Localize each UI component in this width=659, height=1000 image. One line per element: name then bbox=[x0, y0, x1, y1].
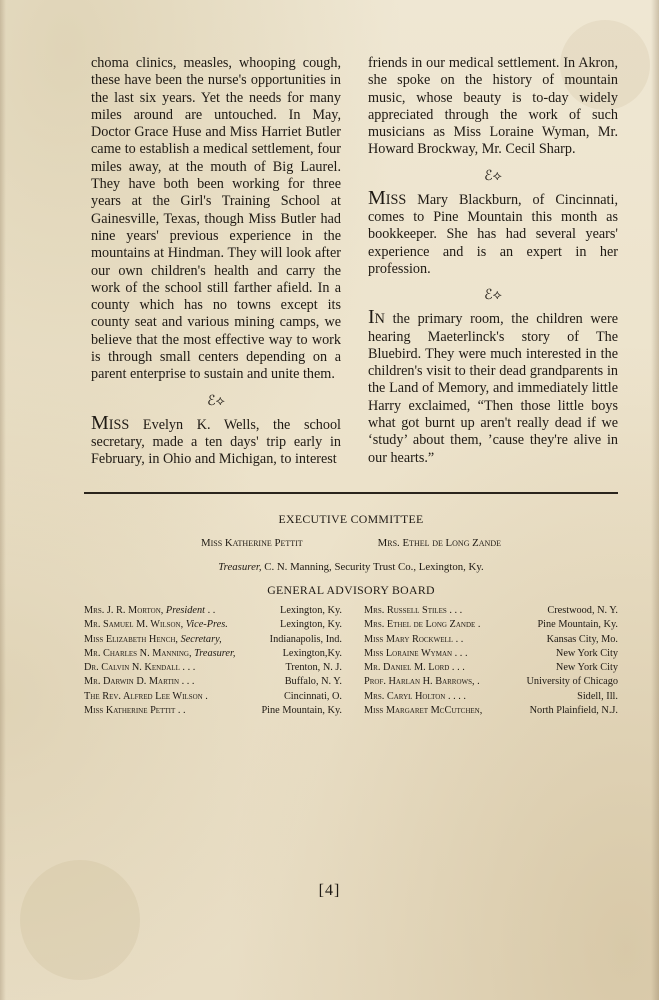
member-role: Treasurer, bbox=[194, 648, 235, 659]
document-page: choma clinics, measles, whooping cough, … bbox=[0, 0, 659, 1000]
member-name: Mrs. Caryl Holton bbox=[364, 691, 445, 702]
right-paragraph-primary-room: IN the primary room, the children were h… bbox=[368, 309, 618, 467]
member-name: Prof. Harlan H. Barrows, bbox=[364, 676, 475, 687]
ornament-icon: ℰ⟡ bbox=[91, 393, 341, 411]
executive-committee-heading: EXECUTIVE COMMITTEE bbox=[84, 512, 618, 527]
member-role: Vice-Pres. bbox=[186, 619, 228, 630]
board-member-row: Miss Margaret McCutchen,North Plainfield… bbox=[364, 704, 618, 718]
horizontal-divider bbox=[84, 492, 618, 494]
advisory-board-heading: GENERAL ADVISORY BOARD bbox=[84, 583, 618, 598]
member-location: New York City bbox=[556, 647, 618, 661]
member-location: New York City bbox=[556, 661, 618, 675]
member-location: Trenton, N. J. bbox=[285, 661, 342, 675]
board-member-row: Mr. Darwin D. Martin . . .Buffalo, N. Y. bbox=[84, 675, 342, 689]
member-name: Mrs. Ethel de Long Zande bbox=[364, 619, 475, 630]
member-name: Mr. Darwin D. Martin bbox=[84, 676, 179, 687]
board-member-row: Miss Loraine Wyman . . .New York City bbox=[364, 647, 618, 661]
ornament-icon: ℰ⟡ bbox=[368, 287, 618, 305]
member-location: University of Chicago bbox=[526, 675, 618, 689]
page-number: [4] bbox=[0, 882, 659, 900]
board-member-row: Miss Elizabeth Hench, Secretary,Indianap… bbox=[84, 633, 342, 647]
member-name: Mr. Charles N. Manning, bbox=[84, 648, 192, 659]
small-caps-lead: ISS bbox=[109, 417, 130, 433]
member-location: Kansas City, Mo. bbox=[547, 633, 618, 647]
member-location: Cincinnati, O. bbox=[284, 690, 342, 704]
member-role: President bbox=[166, 605, 205, 616]
board-member-row: Miss Katherine Pettit . .Pine Mountain, … bbox=[84, 704, 342, 718]
leader-dots: . . bbox=[175, 705, 185, 716]
member-location: North Plainfield, N.J. bbox=[530, 704, 618, 718]
treasurer-line: Treasurer, C. N. Manning, Security Trust… bbox=[84, 561, 618, 573]
ornament-icon: ℰ⟡ bbox=[368, 168, 618, 186]
member-location: Lexington, Ky. bbox=[280, 618, 342, 632]
board-member-row: Miss Mary Rockwell . .Kansas City, Mo. bbox=[364, 633, 618, 647]
board-member-row: Mr. Daniel M. Lord . . .New York City bbox=[364, 661, 618, 675]
leader-dots: . . bbox=[205, 605, 215, 616]
member-name: Mr. Samuel M. Wilson, bbox=[84, 619, 183, 630]
member-name: Mrs. Russell Stiles bbox=[364, 605, 447, 616]
member-location: Crestwood, N. Y. bbox=[547, 604, 618, 618]
right-text-column: friends in our medical settlement. In Ak… bbox=[368, 55, 618, 467]
paragraph-body: Mary Blackburn, of Cincinnati, comes to … bbox=[368, 192, 618, 277]
member-role: Secretary, bbox=[181, 634, 222, 645]
executive-committee-members: Miss Katherine Pettit Mrs. Ethel de Long… bbox=[84, 537, 618, 549]
small-caps-lead: N bbox=[375, 311, 385, 327]
leader-dots: . . bbox=[453, 634, 463, 645]
paragraph-body: Evelyn K. Wells, the school secretary, m… bbox=[91, 417, 341, 468]
left-paragraph-clinics: choma clinics, measles, whooping cough, … bbox=[91, 55, 341, 384]
right-paragraph-blackburn: MISS Mary Blackburn, of Cincinnati, come… bbox=[368, 190, 618, 278]
board-member-row: Mr. Samuel M. Wilson, Vice-Pres.Lexingto… bbox=[84, 618, 342, 632]
treasurer-role: Treasurer, bbox=[218, 561, 261, 573]
advisory-board-list: Mrs. J. R. Morton, President . .Lexingto… bbox=[84, 604, 618, 718]
leader-dots: . . . . bbox=[445, 691, 466, 702]
drop-cap: M bbox=[91, 412, 109, 434]
advisory-board-left-column: Mrs. J. R. Morton, President . .Lexingto… bbox=[84, 604, 342, 718]
committee-section: EXECUTIVE COMMITTEE Miss Katherine Petti… bbox=[84, 512, 618, 718]
page-edge-shadow-left bbox=[0, 0, 6, 1000]
member-location: Lexington,Ky. bbox=[283, 647, 342, 661]
member-location: Pine Mountain, Ky. bbox=[261, 704, 342, 718]
member-name: Miss Mary Rockwell bbox=[364, 634, 453, 645]
member-name: Miss Elizabeth Hench, bbox=[84, 634, 178, 645]
leader-dots: . . . bbox=[447, 605, 462, 616]
paragraph-body: the primary room, the children were hear… bbox=[368, 311, 618, 465]
member-location: Lexington, Ky. bbox=[280, 604, 342, 618]
leader-dots: . . . bbox=[179, 676, 194, 687]
board-member-row: Mrs. J. R. Morton, President . .Lexingto… bbox=[84, 604, 342, 618]
right-paragraph-akron: friends in our medical settlement. In Ak… bbox=[368, 55, 618, 159]
page-edge-shadow-right bbox=[651, 0, 659, 1000]
executive-member: Miss Katherine Pettit bbox=[201, 537, 303, 549]
board-member-row: Mrs. Ethel de Long Zande .Pine Mountain,… bbox=[364, 618, 618, 632]
member-name: Miss Loraine Wyman bbox=[364, 648, 452, 659]
member-location: Buffalo, N. Y. bbox=[285, 675, 342, 689]
board-member-row: Mr. Charles N. Manning, Treasurer,Lexing… bbox=[84, 647, 342, 661]
advisory-board-right-column: Mrs. Russell Stiles . . .Crestwood, N. Y… bbox=[364, 604, 618, 718]
leader-dots: . bbox=[475, 619, 480, 630]
member-location: Indianapolis, Ind. bbox=[270, 633, 342, 647]
treasurer-details: C. N. Manning, Security Trust Co., Lexin… bbox=[262, 561, 484, 573]
drop-cap: M bbox=[368, 187, 386, 209]
board-member-row: Prof. Harlan H. Barrows, .University of … bbox=[364, 675, 618, 689]
leader-dots: . bbox=[475, 676, 480, 687]
member-name: The Rev. Alfred Lee Wilson bbox=[84, 691, 203, 702]
member-name: Mr. Daniel M. Lord bbox=[364, 662, 449, 673]
executive-member: Mrs. Ethel de Long Zande bbox=[378, 537, 501, 549]
member-location: Pine Mountain, Ky. bbox=[537, 618, 618, 632]
drop-cap: I bbox=[368, 306, 375, 328]
small-caps-lead: ISS bbox=[386, 192, 407, 208]
left-paragraph-wells: MISS Evelyn K. Wells, the school secreta… bbox=[91, 415, 341, 469]
member-name: Mrs. J. R. Morton, bbox=[84, 605, 163, 616]
member-name: Miss Katherine Pettit bbox=[84, 705, 175, 716]
board-member-row: Mrs. Caryl Holton . . . .Sidell, Ill. bbox=[364, 690, 618, 704]
left-text-column: choma clinics, measles, whooping cough, … bbox=[91, 55, 341, 469]
member-location: Sidell, Ill. bbox=[577, 690, 618, 704]
leader-dots: . . . bbox=[449, 662, 464, 673]
paper-stain bbox=[20, 860, 140, 980]
board-member-row: The Rev. Alfred Lee Wilson .Cincinnati, … bbox=[84, 690, 342, 704]
member-name: Miss Margaret McCutchen, bbox=[364, 705, 482, 716]
leader-dots: . . . bbox=[452, 648, 467, 659]
board-member-row: Mrs. Russell Stiles . . .Crestwood, N. Y… bbox=[364, 604, 618, 618]
board-member-row: Dr. Calvin N. Kendall . . .Trenton, N. J… bbox=[84, 661, 342, 675]
leader-dots: . bbox=[203, 691, 208, 702]
member-name: Dr. Calvin N. Kendall bbox=[84, 662, 180, 673]
leader-dots: . . . bbox=[180, 662, 195, 673]
